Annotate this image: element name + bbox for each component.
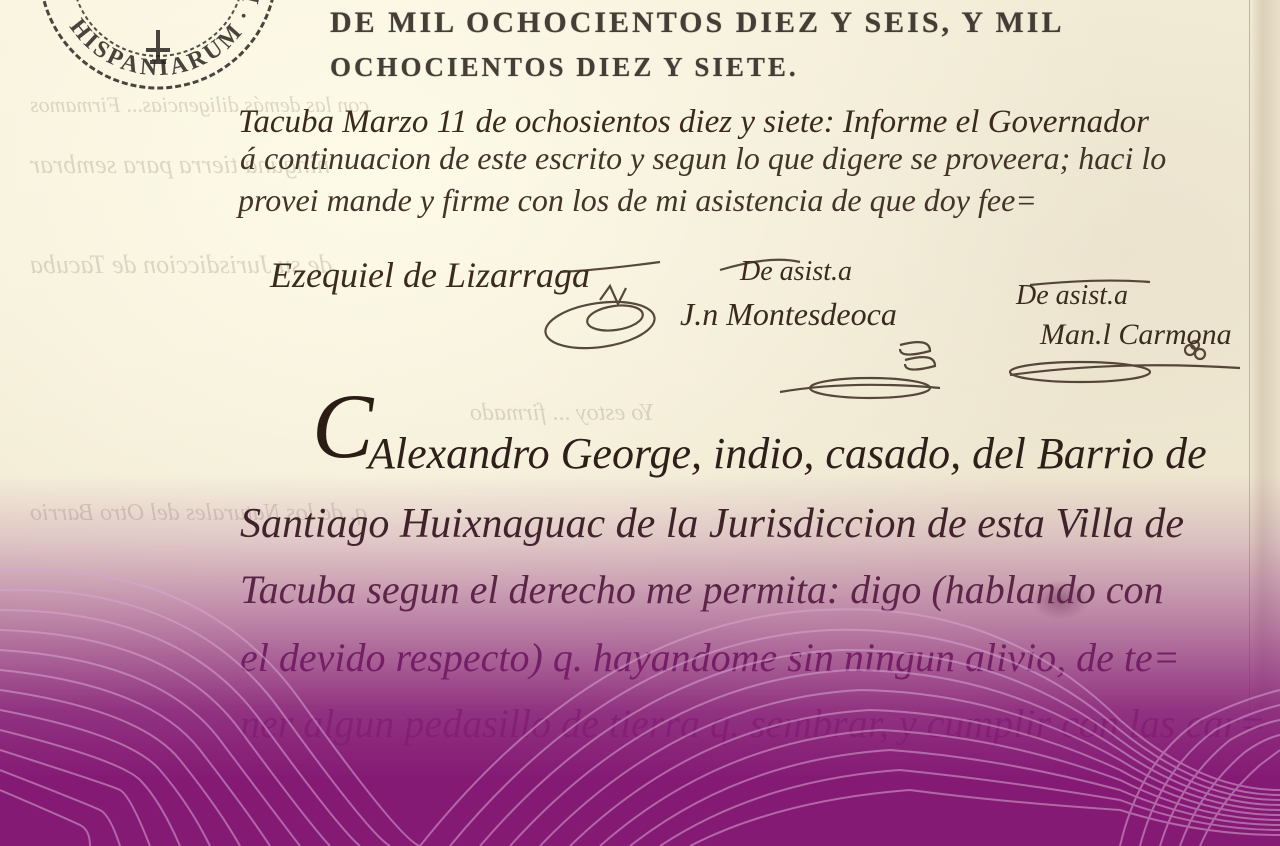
- petition-initial: C: [312, 380, 373, 472]
- petition-line-5: ner algun pedasillo de tierra q. sembrar…: [240, 700, 1266, 747]
- petition-line-4: el devido respecto) q. hayandome sin nin…: [240, 634, 1180, 681]
- petition-line-3: Tacuba segun el derecho me permita: digo…: [240, 566, 1164, 613]
- petition-line-2: Santiago Huixnaguac de la Jurisdiccion d…: [240, 500, 1184, 548]
- ink-smudge: [1030, 580, 1090, 620]
- petition-line-1: Alexandro George, indio, casado, del Bar…: [368, 428, 1207, 479]
